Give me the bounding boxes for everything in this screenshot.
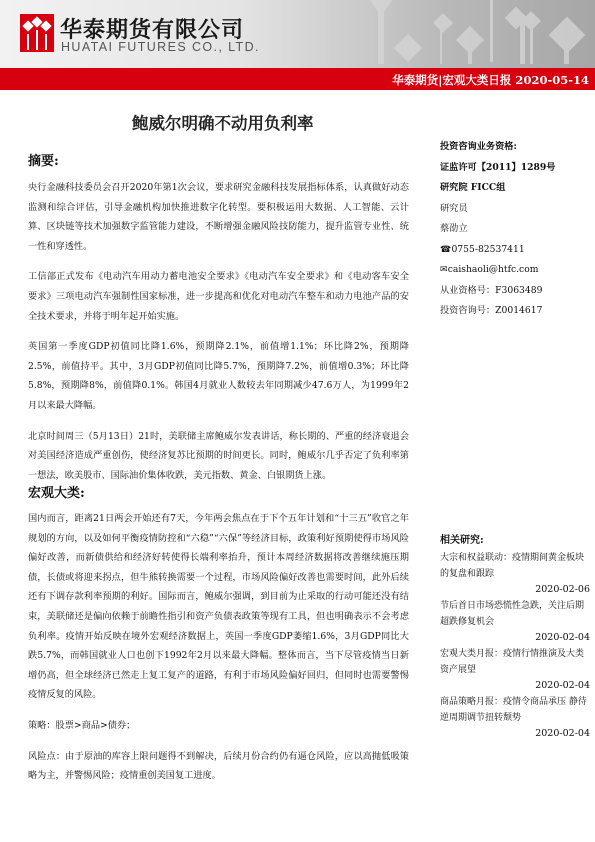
- company-name-en: HUATAI FUTURES CO., LTD.: [61, 40, 260, 54]
- phone-number: 0755-82537411: [451, 244, 524, 255]
- summary-paragraph: 工信部正式发布《电动汽车用动力蓄电池安全要求》《电动汽车安全要求》和《电动客车安…: [28, 267, 409, 326]
- analyst-name: 蔡劭立: [440, 219, 590, 240]
- company-logo-icon: [20, 14, 54, 52]
- related-heading: 相关研究:: [440, 531, 590, 546]
- practice-number: 从业资格号：F3063489: [440, 281, 590, 302]
- analyst-sidebar: 投资咨询业务资格: 证监许可【2011】1289号 研究院 FICC组 研究员 …: [440, 137, 590, 322]
- macro-paragraph: 国内而言，距离21日两会开始还有7天，今年两会焦点在于下个五年计划和“十三五”收…: [28, 509, 409, 705]
- related-item-date: 2020-02-04: [440, 726, 590, 741]
- license-number: 证监许可【2011】1289号: [440, 158, 590, 179]
- research-group: 研究院 FICC组: [440, 178, 590, 199]
- macro-heading: 宏观大类:: [28, 482, 85, 501]
- phone-row: ☎0755-82537411: [440, 240, 590, 261]
- summary-heading: 摘要:: [28, 150, 59, 169]
- summary-section: 央行金融科技委员会召开2020年第1次会议，要求研究金融科技发展指标体系，认真做…: [28, 178, 409, 496]
- related-item-date: 2020-02-06: [440, 582, 590, 597]
- related-item-date: 2020-02-04: [440, 678, 590, 693]
- report-banner: 华泰期货|宏观大类日报 2020-05-14: [0, 68, 595, 90]
- consult-number: 投资咨询号：Z0014617: [440, 301, 590, 322]
- related-item-date: 2020-02-04: [440, 630, 590, 645]
- summary-paragraph: 央行金融科技委员会召开2020年第1次会议，要求研究金融科技发展指标体系，认真做…: [28, 178, 409, 256]
- related-item-title[interactable]: 大宗和权益联动：疫情期间黄金板块的复盘和跟踪: [440, 550, 590, 582]
- email-address[interactable]: caishaoli@htfc.com: [448, 264, 539, 275]
- report-title: 鲍威尔明确不动用负利率: [132, 110, 314, 134]
- summary-paragraph: 英国第一季度GDP初值同比降1.6%，预期降2.1%，前值增1.1%；环比降2%…: [28, 337, 409, 415]
- summary-paragraph: 北京时间周三（5月13日）21时，美联储主席鲍威尔发表讲话，称长期的、严重的经济…: [28, 427, 409, 486]
- related-item-title[interactable]: 宏观大类月报：疫情行情推演及大类资产展望: [440, 646, 590, 678]
- strategy-line: 策略：股票>商品>债券；: [28, 716, 409, 736]
- phone-icon: ☎: [440, 244, 451, 255]
- related-research: 相关研究: 大宗和权益联动：疫情期间黄金板块的复盘和跟踪 2020-02-06 …: [440, 531, 590, 742]
- report-line: 华泰期货|宏观大类日报 2020-05-14: [392, 72, 589, 88]
- mail-icon: ✉: [440, 264, 448, 275]
- qualification-label: 投资咨询业务资格:: [440, 137, 590, 158]
- macro-section: 国内而言，距离21日两会开始还有7天，今年两会焦点在于下个五年计划和“十三五”收…: [28, 509, 409, 797]
- risk-paragraph: 风险点：由于原油的库容上限问题得不到解决，后续月份合约仍有逼仓风险，应以高抛低吸…: [28, 747, 409, 786]
- related-item-title[interactable]: 商品策略月报：疫情令商品承压 静待逆周期调节扭转颓势: [440, 694, 590, 726]
- email-row[interactable]: ✉caishaoli@htfc.com: [440, 260, 590, 281]
- analyst-role: 研究员: [440, 199, 590, 220]
- page-header: 华泰期货有限公司 HUATAI FUTURES CO., LTD.: [0, 0, 595, 68]
- related-item-title[interactable]: 节后首日市场恐慌性急跌，关注后期超跌修复机会: [440, 598, 590, 630]
